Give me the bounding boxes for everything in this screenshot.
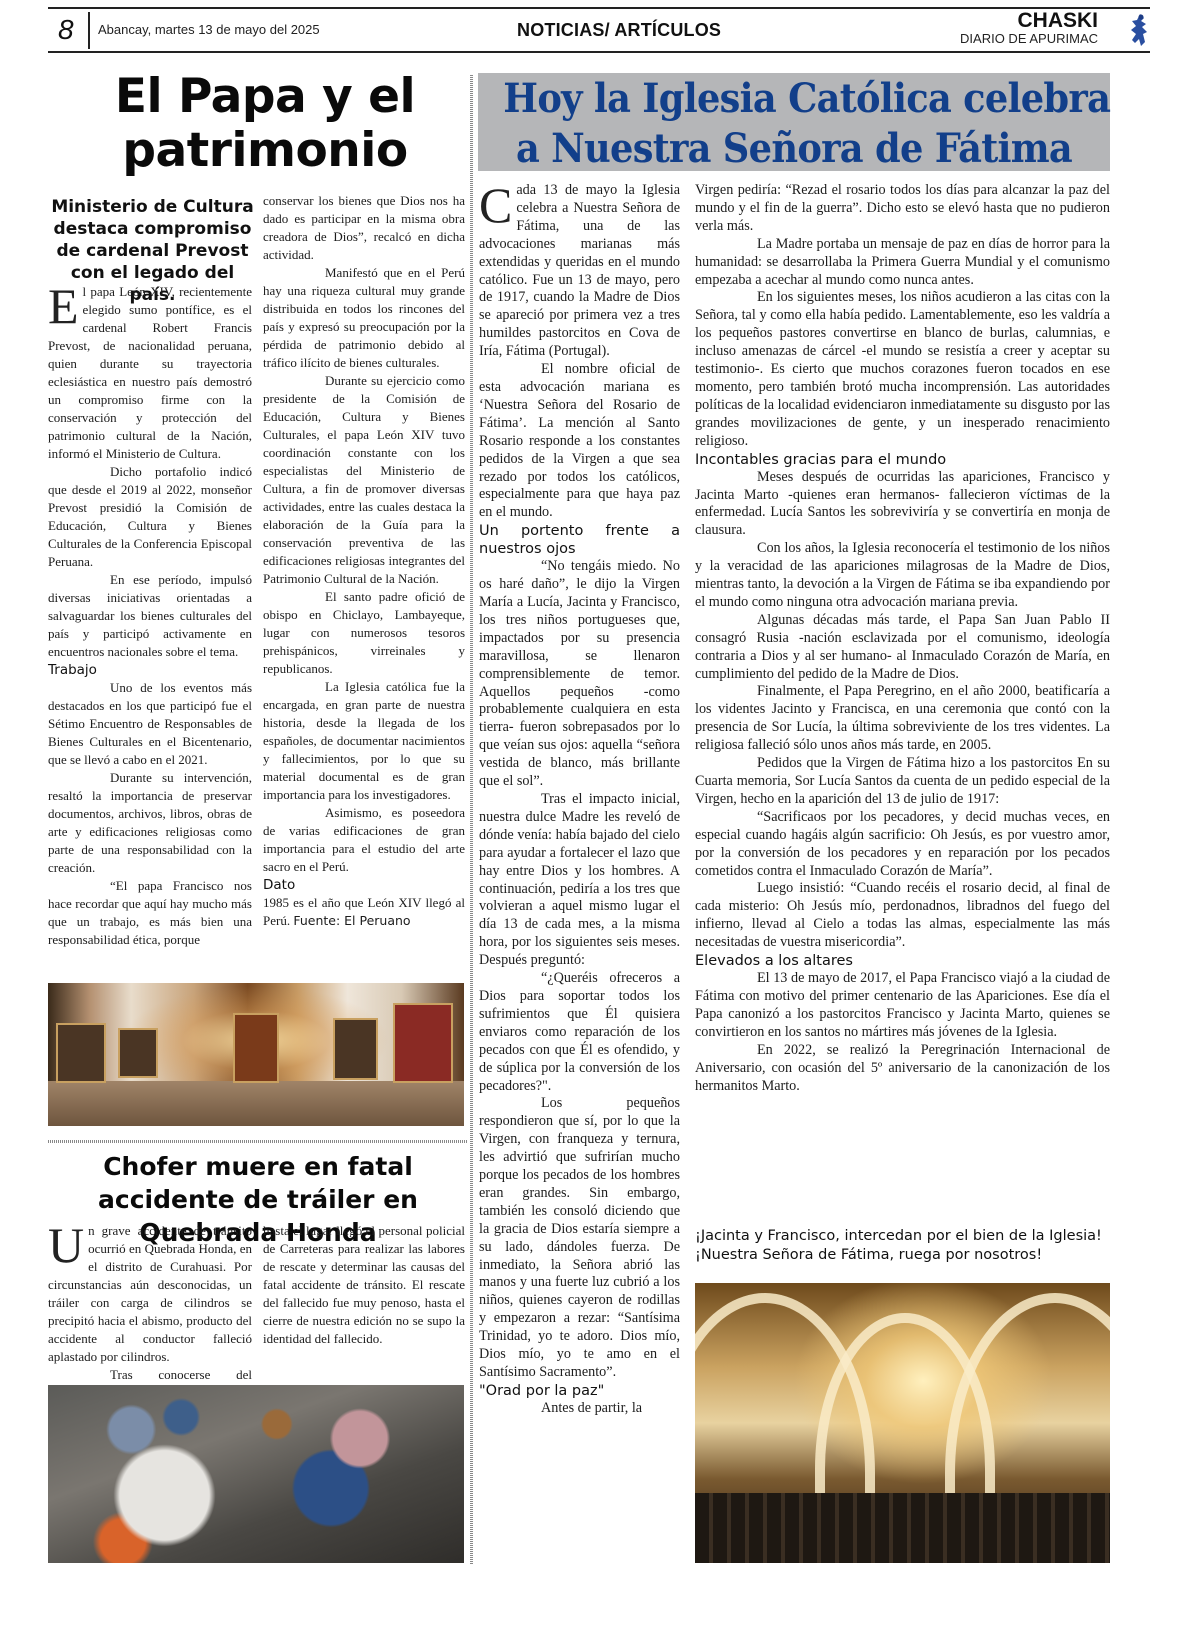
paragraph: Virgen pediría: “Rezad el rosario todos … — [695, 182, 1110, 236]
brand: CHASKI DIARIO DE APURIMAC — [960, 10, 1098, 46]
paragraph: Los pequeños respondieron que sí, por lo… — [479, 1095, 680, 1382]
subhead-altares: Elevados a los altares — [695, 952, 1110, 970]
paragraph: Con los años, la Iglesia reconocería el … — [695, 540, 1110, 612]
paragraph: En los siguientes meses, los niños acudi… — [695, 289, 1110, 450]
painting — [118, 1028, 158, 1078]
header-rule-bottom — [48, 51, 1150, 53]
paragraph: Luego insistió: “Cuando recéis el rosari… — [695, 880, 1110, 952]
headline-fatima-line-1: Hoy la Iglesia Católica celebra — [503, 73, 1084, 123]
dato-text: 1985 es el año que León XIV llegó al Per… — [263, 894, 465, 930]
gallery-photo — [48, 983, 464, 1126]
closing-prayer: ¡Jacinta y Francisco, intercedan por el … — [695, 1227, 1115, 1265]
basilica-photo — [695, 1283, 1110, 1563]
subhead-orad: "Orad por la paz" — [479, 1382, 680, 1400]
drop-cap: U — [48, 1225, 84, 1265]
drop-cap: C — [479, 185, 512, 225]
paragraph: El papa León XIV, recientemente elegido … — [48, 283, 252, 463]
paragraph: El 13 de mayo de 2017, el Papa Francisco… — [695, 970, 1110, 1042]
brand-name: CHASKI — [960, 10, 1098, 32]
accident-photo — [48, 1385, 464, 1563]
article-papa-column-2: conservar los bienes que Dios nos ha dad… — [263, 192, 465, 930]
pews — [695, 1493, 1110, 1563]
paragraph: En 2022, se realizó la Peregrinación Int… — [695, 1042, 1110, 1096]
article-papa-column-1: El papa León XIV, recientemente elegido … — [48, 283, 252, 949]
paragraph: La Madre portaba un mensaje de paz en dí… — [695, 236, 1110, 290]
drop-cap: E — [48, 286, 79, 326]
article-fatima-column-1: Cada 13 de mayo la Iglesia celebra a Nue… — [479, 182, 680, 1418]
brand-tagline: DIARIO DE APURIMAC — [960, 32, 1098, 46]
article-separator — [48, 1140, 468, 1143]
article-chofer-column-2: hasta el lugar llegó el personal policia… — [263, 1222, 465, 1348]
chaski-runner-logo-icon — [1126, 12, 1152, 48]
paragraph: Durante su ejercicio como presidente de … — [263, 372, 465, 588]
paragraph: Meses después de ocurridas las aparicion… — [695, 469, 1110, 541]
subhead-portento: Un portento frente a nuestros ojos — [479, 522, 680, 558]
painting — [393, 1003, 453, 1083]
subhead-trabajo: Trabajo — [48, 661, 252, 679]
paragraph: conservar los bienes que Dios nos ha dad… — [263, 192, 465, 264]
paragraph: “Sacrificaos por los pecadores, y decid … — [695, 809, 1110, 881]
paragraph: Durante su intervención, resaltó la impo… — [48, 769, 252, 877]
header-rule-top — [48, 7, 1150, 9]
paragraph: Cada 13 de mayo la Iglesia celebra a Nue… — [479, 182, 680, 361]
paragraph: Asimismo, es poseedora de varias edifica… — [263, 804, 465, 876]
column-divider — [470, 75, 473, 1565]
paragraph: Algunas décadas más tarde, el Papa San J… — [695, 612, 1110, 684]
paragraph: La Iglesia católica fue la encargada, en… — [263, 678, 465, 804]
paragraph: Antes de partir, la — [479, 1400, 680, 1418]
altar — [233, 1013, 279, 1083]
subhead-dato: Dato — [263, 876, 465, 894]
paragraph: “El papa Francisco nos hace recordar que… — [48, 877, 252, 949]
paragraph: Finalmente, el Papa Peregrino, en el año… — [695, 683, 1110, 755]
painting — [333, 1018, 378, 1080]
section-title: NOTICIAS/ ARTÍCULOS — [517, 20, 721, 41]
headline-papa: El Papa y el patrimonio — [50, 70, 480, 178]
source-credit: Fuente: El Peruano — [293, 913, 410, 928]
paragraph: El santo padre ofició de obispo en Chicl… — [263, 588, 465, 678]
paragraph: “No tengáis miedo. No os haré daño”, le … — [479, 558, 680, 791]
dateline: Abancay, martes 13 de mayo del 2025 — [98, 22, 320, 37]
paragraph: Uno de los eventos más destacados en los… — [48, 679, 252, 769]
article-fatima-column-2: Virgen pediría: “Rezad el rosario todos … — [695, 182, 1110, 1095]
headline-banner-fatima: Hoy la Iglesia Católica celebra a Nuestr… — [478, 73, 1110, 171]
closing-line-1: ¡Jacinta y Francisco, intercedan por el … — [695, 1227, 1115, 1246]
paragraph: hasta el lugar llegó el personal policia… — [263, 1222, 465, 1348]
paragraph: Un grave accidente de tránsito ocurrió e… — [48, 1222, 252, 1366]
painting — [56, 1023, 106, 1083]
header-divider — [88, 12, 90, 49]
paragraph: Dicho portafolio indicó que desde el 201… — [48, 463, 252, 571]
paragraph: El nombre oficial de esta advocación mar… — [479, 361, 680, 522]
paragraph: Manifestó que en el Perú hay una riqueza… — [263, 264, 465, 372]
paragraph: En ese período, impulsó diversas iniciat… — [48, 571, 252, 661]
paragraph: Pedidos que la Virgen de Fátima hizo a l… — [695, 755, 1110, 809]
subhead-gracias: Incontables gracias para el mundo — [695, 451, 1110, 469]
closing-line-2: ¡Nuestra Señora de Fátima, ruega por nos… — [695, 1246, 1115, 1265]
paragraph: “¿Queréis ofreceros a Dios para soportar… — [479, 970, 680, 1095]
page-number: 8 — [58, 14, 74, 46]
article-chofer-column-1: Un grave accidente de tránsito ocurrió e… — [48, 1222, 252, 1402]
paragraph: Tras el impacto inicial, nuestra dulce M… — [479, 791, 680, 970]
headline-fatima-line-2: a Nuestra Señora de Fátima — [503, 123, 1084, 173]
